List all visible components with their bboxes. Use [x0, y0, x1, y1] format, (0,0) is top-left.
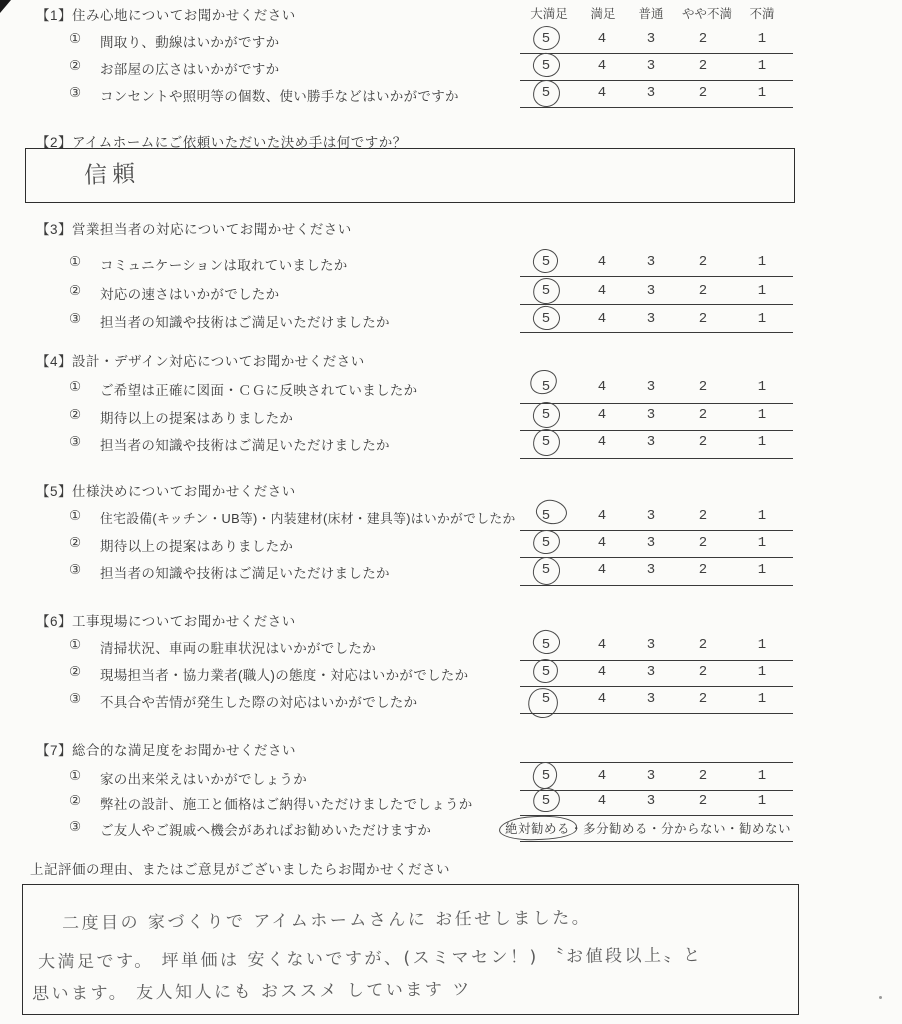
question-text: 期待以上の提案はありましたか [100, 535, 293, 555]
comment-prompt: 上記評価の理由、またはご意見がございましたらお聞かせください [30, 858, 450, 878]
rating-option-3: 3 [647, 691, 655, 707]
rating-option-3: 3 [647, 407, 655, 423]
question-text: 対応の速さはいかがでしたか [100, 283, 279, 303]
rating-option-1: 1 [758, 508, 766, 524]
question-row: ① 清掃状況、車両の駐車状況はいかがでしたか 5 4 3 2 1 [0, 637, 902, 656]
handwritten-comment-line: 思います。 友人知人にも おススメ しています ツ [32, 975, 472, 1005]
handwritten-circle [532, 79, 561, 108]
handwritten-circle [532, 528, 562, 555]
rating-option-2: 2 [699, 434, 707, 450]
handwritten-circle [532, 401, 562, 430]
rating-option-3: 3 [647, 535, 655, 551]
question-number: ② [69, 793, 81, 809]
question-number: ① [69, 637, 81, 653]
row-divider [520, 107, 793, 108]
handwritten-circle [531, 304, 561, 332]
rating-option-2: 2 [699, 254, 707, 270]
question-text: 期待以上の提案はありましたか [100, 407, 293, 427]
question-number: ① [69, 379, 81, 395]
handwritten-circle [531, 760, 559, 790]
row-divider [520, 841, 793, 842]
row-divider [520, 332, 793, 333]
rating-option-1: 1 [758, 85, 766, 101]
rating-option-3: 3 [647, 379, 655, 395]
row-divider [520, 686, 793, 687]
question-row: ③ コンセントや照明等の個数、使い勝手などはいかがですか 5 4 3 2 1 [0, 85, 902, 104]
handwritten-circle [532, 428, 561, 457]
rating-option-3: 3 [647, 562, 655, 578]
rating-option-2: 2 [699, 407, 707, 423]
rating-option-2: 2 [699, 637, 707, 653]
rating-option-2: 2 [699, 58, 707, 74]
row-divider [520, 815, 793, 816]
handwritten-circle [532, 658, 559, 684]
rating-option-4: 4 [598, 793, 606, 809]
question-row: ③ 担当者の知識や技術はご満足いただけましたか 5 4 3 2 1 [0, 562, 902, 581]
question-number: ③ [69, 691, 81, 707]
rating-option-1: 1 [758, 379, 766, 395]
rating-option-2: 2 [699, 283, 707, 299]
rating-option-4: 4 [598, 508, 606, 524]
rating-option-1: 1 [758, 768, 766, 784]
rating-option-1: 1 [758, 535, 766, 551]
handwritten-circle [531, 24, 561, 52]
rating-option-2: 2 [699, 508, 707, 524]
rating-option-4: 4 [598, 58, 606, 74]
question-text: コミュニケーションは取れていましたか [100, 254, 348, 274]
question-text: 不具合や苦情が発生した際の対応はいかがでしたか [100, 691, 417, 711]
handwritten-circle [532, 556, 562, 587]
question-number: ③ [69, 311, 81, 327]
question-number: ② [69, 58, 81, 74]
question-number: ② [69, 283, 81, 299]
row-divider [520, 458, 793, 459]
row-divider [520, 713, 793, 714]
question-number: ① [69, 31, 81, 47]
rating-option-4: 4 [598, 637, 606, 653]
rating-option-4: 4 [598, 434, 606, 450]
free-answer-box [25, 148, 795, 203]
handwritten-circle [532, 51, 562, 78]
rating-option-2: 2 [699, 768, 707, 784]
rating-option-4: 4 [598, 407, 606, 423]
section-7-title: 【7】総合的な満足度をお聞かせください [36, 739, 296, 759]
question-number: ③ [69, 85, 81, 101]
question-number: ② [69, 664, 81, 680]
rating-option-2: 2 [699, 793, 707, 809]
question-row: ③ 担当者の知識や技術はご満足いただけましたか 5 4 3 2 1 [0, 434, 902, 453]
question-text: 住宅設備(キッチン・UB等)・内装建材(床材・建具等)はいかがでしたか [100, 508, 516, 527]
rating-option-2: 2 [699, 311, 707, 327]
rating-option-1: 1 [758, 664, 766, 680]
row-divider [520, 80, 793, 81]
row-divider [520, 53, 793, 54]
rating-option-4: 4 [598, 562, 606, 578]
rating-option-4: 4 [598, 691, 606, 707]
question-number: ② [69, 407, 81, 423]
rating-header-label: 不満 [749, 4, 774, 22]
section-1-title: 【1】住み心地についてお聞かせください [36, 4, 296, 24]
question-row: ② 期待以上の提案はありましたか 5 4 3 2 1 [0, 535, 902, 554]
rating-option-3: 3 [647, 508, 655, 524]
question-text: ご友人やご親戚へ機会があればお勧めいただけますか [100, 819, 431, 839]
rating-option-1: 1 [758, 254, 766, 270]
rating-option-2: 2 [699, 535, 707, 551]
rating-option-4: 4 [598, 85, 606, 101]
question-row: ① ご希望は正確に図面・ＣＧに反映されていましたか 5 4 3 2 1 [0, 379, 902, 398]
rating-option-1: 1 [758, 793, 766, 809]
rating-option-1: 1 [758, 283, 766, 299]
row-divider [520, 530, 793, 531]
rating-option-4: 4 [598, 283, 606, 299]
rating-option-2: 2 [699, 31, 707, 47]
question-row: ③ 不具合や苦情が発生した際の対応はいかがでしたか 5 4 3 2 1 [0, 691, 902, 710]
rating-option-4: 4 [598, 664, 606, 680]
question-text: 家の出来栄えはいかがでしょうか [100, 768, 307, 788]
question-number: ③ [69, 434, 81, 450]
row-divider [520, 403, 793, 404]
rating-option-3: 3 [647, 311, 655, 327]
rating-option-1: 1 [758, 637, 766, 653]
rating-option-2: 2 [699, 85, 707, 101]
rating-header-label: やや不満 [682, 4, 732, 22]
handwritten-circle [532, 248, 559, 274]
question-row: ① 間取り、動線はいかがですか 5 4 3 2 1 [0, 31, 902, 50]
question-row: ③ ご友人やご親戚へ機会があればお勧めいただけますか 絶対勧める・多分勧める・分… [0, 819, 902, 838]
question-text: ご希望は正確に図面・ＣＧに反映されていましたか [100, 379, 417, 399]
row-divider [520, 430, 793, 431]
question-row: ② 現場担当者・協力業者(職人)の態度・対応はいかがでしたか 5 4 3 2 1 [0, 664, 902, 683]
rating-option-1: 1 [758, 58, 766, 74]
row-divider [520, 557, 793, 558]
question-row: ② 弊社の設計、施工と価格はご納得いただけましたでしょうか 5 4 3 2 1 [0, 793, 902, 812]
rating-option-3: 3 [647, 283, 655, 299]
rating-option-3: 3 [647, 85, 655, 101]
rating-option-2: 2 [699, 562, 707, 578]
scan-corner-artifact [0, 0, 11, 13]
rating-option-3: 3 [647, 31, 655, 47]
rating-header-label: 満足 [590, 4, 615, 22]
rating-option-2: 2 [699, 664, 707, 680]
question-text: 担当者の知識や技術はご満足いただけましたか [100, 311, 390, 331]
row-divider [520, 585, 793, 586]
rating-option-3: 3 [647, 58, 655, 74]
question-text: 担当者の知識や技術はご満足いただけましたか [100, 562, 390, 582]
question-row: ① コミュニケーションは取れていましたか 5 4 3 2 1 [0, 254, 902, 273]
question-row: ① 家の出来栄えはいかがでしょうか 5 4 3 2 1 [0, 768, 902, 787]
question-row: ② お部屋の広さはいかがですか 5 4 3 2 1 [0, 58, 902, 77]
handwritten-answer: 信頼 [83, 155, 140, 190]
question-text: 担当者の知識や技術はご満足いただけましたか [100, 434, 390, 454]
question-text: 弊社の設計、施工と価格はご納得いただけましたでしょうか [100, 793, 473, 813]
rating-option-1: 1 [758, 434, 766, 450]
rating-option-3: 3 [647, 664, 655, 680]
question-text: コンセントや照明等の個数、使い勝手などはいかがですか [100, 85, 459, 105]
question-row: ① 住宅設備(キッチン・UB等)・内装建材(床材・建具等)はいかがでしたか 5 … [0, 508, 902, 527]
question-row: ③ 担当者の知識や技術はご満足いただけましたか 5 4 3 2 1 [0, 311, 902, 330]
rating-option-4: 4 [598, 311, 606, 327]
rating-option-1: 1 [758, 691, 766, 707]
section-3-title: 【3】営業担当者の対応についてお聞かせください [36, 218, 352, 238]
handwritten-circle [525, 685, 561, 721]
rating-option-4: 4 [598, 768, 606, 784]
question-number: ③ [69, 562, 81, 578]
rating-option-3: 3 [647, 254, 655, 270]
rating-option-3: 3 [647, 637, 655, 653]
row-divider [520, 660, 793, 661]
row-divider [520, 276, 793, 277]
section-5-title: 【5】仕様決めについてお聞かせください [36, 480, 296, 500]
question-text: お部屋の広さはいかがですか [100, 58, 279, 78]
question-number: ① [69, 508, 81, 524]
section-6-title: 【6】工事現場についてお聞かせください [36, 610, 296, 630]
rating-option-1: 1 [758, 311, 766, 327]
question-number: ① [69, 768, 81, 784]
section-4-title: 【4】設計・デザイン対応についてお聞かせください [36, 350, 365, 370]
handwritten-circle [534, 497, 569, 527]
row-divider [520, 762, 793, 763]
question-row: ② 期待以上の提案はありましたか 5 4 3 2 1 [0, 407, 902, 426]
rating-option-4: 4 [598, 535, 606, 551]
row-divider [520, 790, 793, 791]
rating-option-1: 1 [758, 31, 766, 47]
rating-option-3: 3 [647, 768, 655, 784]
rating-option-2: 2 [699, 379, 707, 395]
question-text: 間取り、動線はいかがですか [100, 31, 279, 51]
handwritten-circle [527, 367, 559, 397]
rating-header-label: 大満足 [530, 4, 568, 22]
scanned-survey-page: 【1】住み心地についてお聞かせください 大満足 満足 普通 やや不満 不満 ① … [0, 0, 902, 1024]
rating-option-3: 3 [647, 434, 655, 450]
rating-option-3: 3 [647, 793, 655, 809]
question-row: ② 対応の速さはいかがでしたか 5 4 3 2 1 [0, 283, 902, 302]
rating-option-2: 2 [699, 691, 707, 707]
rating-option-1: 1 [758, 407, 766, 423]
question-number: ③ [69, 819, 81, 835]
rating-option-1: 1 [758, 562, 766, 578]
row-divider [520, 304, 793, 305]
scan-dot-artifact [879, 996, 882, 999]
rating-header-label: 普通 [638, 4, 663, 22]
handwritten-circle [531, 276, 562, 306]
question-text: 清掃状況、車両の駐車状況はいかがでしたか [100, 637, 376, 657]
question-number: ① [69, 254, 81, 270]
handwritten-circle [531, 628, 562, 656]
question-number: ② [69, 535, 81, 551]
rating-option-4: 4 [598, 379, 606, 395]
question-text: 現場担当者・協力業者(職人)の態度・対応はいかがでしたか [100, 664, 468, 684]
rating-option-4: 4 [598, 254, 606, 270]
rating-option-4: 4 [598, 31, 606, 47]
